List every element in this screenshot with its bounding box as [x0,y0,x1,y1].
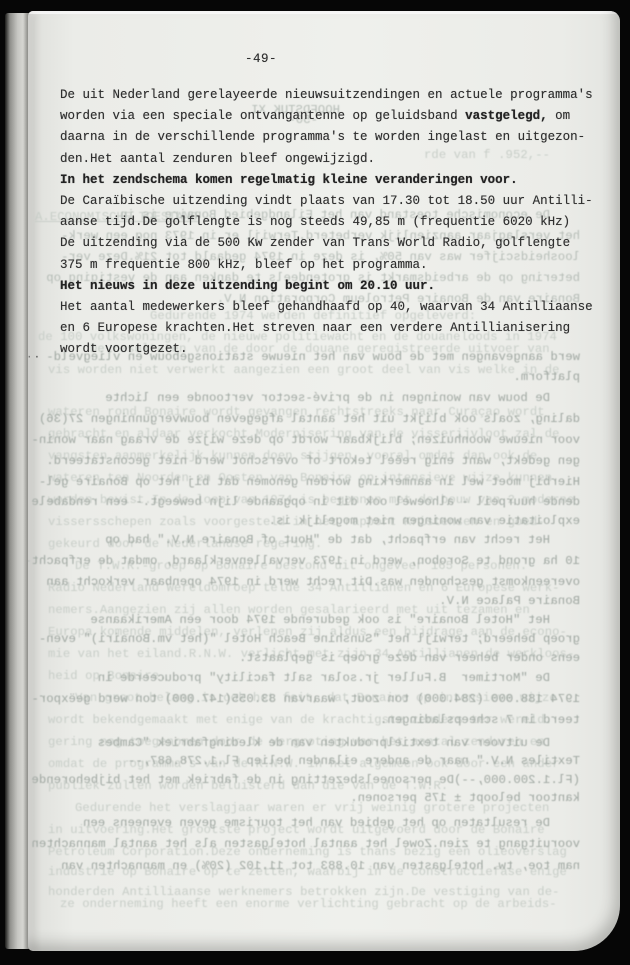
text-line: De uit Nederland gerelayeerde nieuwsuitz… [60,85,608,106]
text-line: 375 m frequentie 800 kHz, bleef op het p… [60,255,608,276]
text-line: daarna in de verschillende programma's t… [60,127,608,148]
text-line: In het zendschema komen regelmatig klein… [60,170,608,191]
text-line: wordt voortgezet. [60,339,608,360]
text-line: den.Het aantal zenduren bleef ongewijzig… [60,149,608,170]
stray-mark: ·· [28,352,41,364]
text-line: De Caraïbische uitzending vindt plaats v… [60,191,608,212]
book-page-edges [5,13,30,949]
page-number: -49- [245,52,277,66]
paper-sheet: rde van f .952,--A.ECONOMISCHE TOESTANDG… [28,11,620,951]
text-line: worden via een speciale ontvangantenne o… [60,106,608,127]
text-line: De uitzending via de 500 Kw zender van T… [60,233,608,254]
scanned-document-page: rde van f .952,--A.ECONOMISCHE TOESTANDG… [0,0,630,965]
text-line: en 6 Europese krachten.Het streven naar … [60,318,608,339]
text-line: aanse tijd.De golflengte is nog steeds 4… [60,212,608,233]
typed-content-layer: -49- De uit Nederland gerelayeerde nieuw… [28,11,620,951]
body-text: De uit Nederland gerelayeerde nieuwsuitz… [60,85,608,360]
text-line: Het nieuws in deze uitzending begint om … [60,276,608,297]
text-line: Het aantal medewerkers bleef gehandhaafd… [60,297,608,318]
